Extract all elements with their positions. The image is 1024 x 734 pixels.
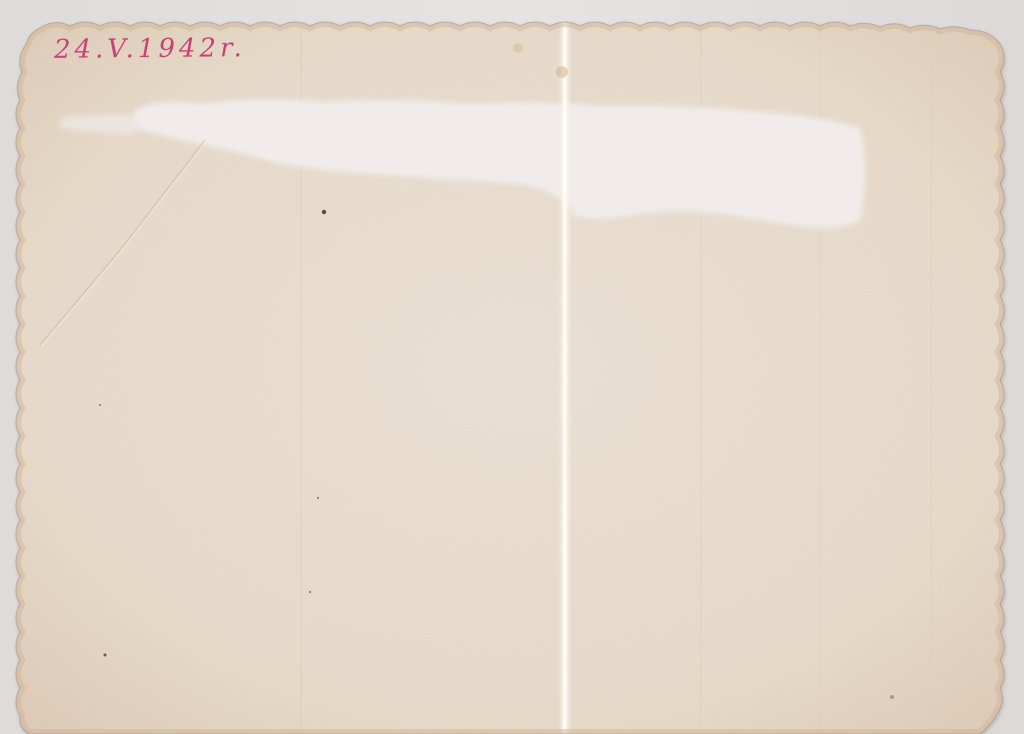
handwritten-date: 24.V.1942r. bbox=[54, 33, 246, 65]
scan-background: 24.V.1942r. bbox=[0, 0, 1024, 734]
photo-back-card bbox=[0, 0, 1024, 734]
card-paper bbox=[0, 0, 1024, 734]
